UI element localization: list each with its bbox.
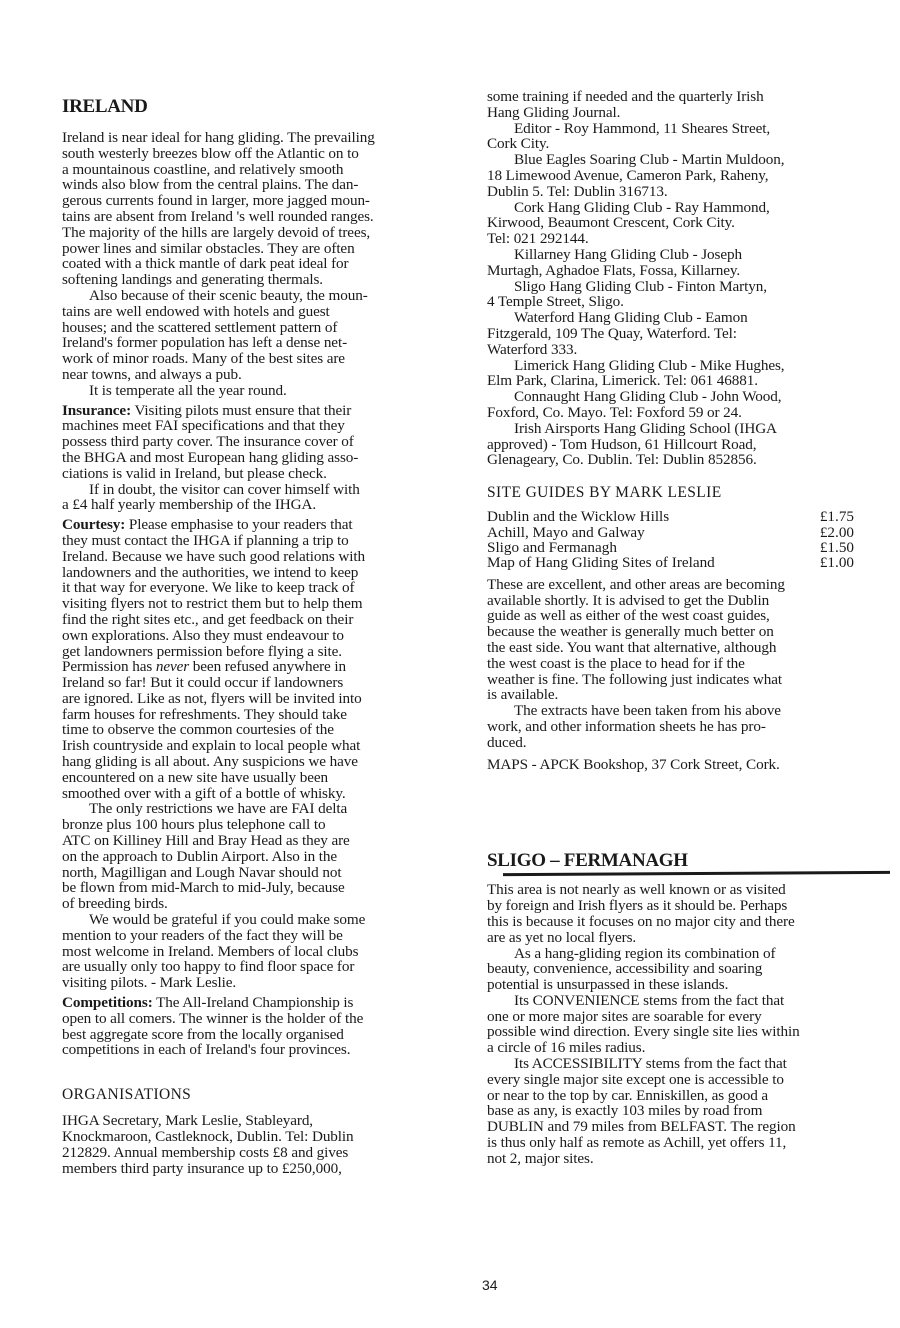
guide-name: Achill, Mayo and Galway [487, 525, 645, 540]
text-line: Connaught Hang Gliding Club - John Wood, [487, 389, 899, 405]
text-line: We would be grateful if you could make s… [62, 912, 467, 928]
club-entry-cork: Cork Hang Gliding Club - Ray Hammond, Ki… [487, 200, 899, 247]
text-line: most welcome in Ireland. Members of loca… [62, 944, 467, 960]
text-line: a £4 half yearly membership of the IHGA. [62, 497, 467, 513]
text-line: Tel: 021 292144. [487, 231, 899, 247]
text-line: time to observe the common courtesies of… [62, 722, 467, 738]
text-line: not 2, major sites. [487, 1151, 899, 1167]
competitions-label: Competitions: [62, 994, 153, 1011]
text-line: open to all comers. The winner is the ho… [62, 1011, 467, 1027]
section-title-site-guides: SITE GUIDES BY MARK LESLIE [487, 484, 899, 502]
club-entry-irish-airsports: Irish Airsports Hang Gliding School (IHG… [487, 421, 899, 468]
text-line: are ignored. Like as not, flyers will be… [62, 691, 467, 707]
page-number: 34 [482, 1277, 498, 1293]
club-list: Editor - Roy Hammond, 11 Sheares Street,… [487, 121, 899, 469]
text-line: These are excellent, and other areas are… [487, 577, 899, 593]
text-line: tains are absent from Ireland 's well ro… [62, 209, 467, 225]
text-line: Cork Hang Gliding Club - Ray Hammond, [487, 200, 899, 216]
text-line: Foxford, Co. Mayo. Tel: Foxford 59 or 24… [487, 405, 899, 421]
text-line: a circle of 16 miles radius. [487, 1040, 899, 1056]
text-line: Limerick Hang Gliding Club - Mike Hughes… [487, 358, 899, 374]
text-line: be flown from mid-March to mid-July, bec… [62, 880, 467, 896]
text-line: available shortly. It is advised to get … [487, 593, 899, 609]
site-guides-price-list: Dublin and the Wicklow Hills£1.75 Achill… [487, 509, 899, 571]
club-entry-killarney: Killarney Hang Gliding Club - Joseph Mur… [487, 247, 899, 279]
text-line: it that way for everyone. We like to kee… [62, 580, 467, 596]
section-title-sligo-fermanagh: SLIGO – FERMANAGH [487, 850, 899, 872]
text-line: smoothed over with a gift of a bottle of… [62, 786, 467, 802]
text-line: softening landings and generating therma… [62, 272, 467, 288]
text-line: of breeding birds. [62, 896, 467, 912]
text-line: one or more major sites are soarable for… [487, 1009, 899, 1025]
guide-name: Map of Hang Gliding Sites of Ireland [487, 555, 715, 570]
text-line: is thus only half as remote as Achill, y… [487, 1135, 899, 1151]
text-line: Ireland's former population has left a d… [62, 335, 467, 351]
insurance-label: Insurance: [62, 402, 131, 419]
text-line: competitions in each of Ireland's four p… [62, 1042, 467, 1058]
club-entry-limerick: Limerick Hang Gliding Club - Mike Hughes… [487, 358, 899, 390]
text-line: near towns, and always a pub. [62, 367, 467, 383]
text-line: the BHGA and most European hang gliding … [62, 450, 467, 466]
text-line: This area is not nearly as well known or… [487, 882, 899, 898]
text-line: members third party insurance up to £250… [62, 1161, 467, 1177]
organisations-continued: some training if needed and the quarterl… [487, 89, 899, 121]
text-line: Irish Airsports Hang Gliding School (IHG… [487, 421, 899, 437]
text-line: are usually only too happy to find floor… [62, 959, 467, 975]
text-line: Hang Gliding Journal. [487, 105, 899, 121]
price-row: Dublin and the Wicklow Hills£1.75 [487, 509, 854, 524]
courtesy-label: Courtesy: [62, 516, 125, 533]
text-line: Visiting pilots must ensure that their [131, 402, 351, 419]
text-line: base as any, is exactly 103 miles by roa… [487, 1103, 899, 1119]
club-entry-waterford: Waterford Hang Gliding Club - Eamon Fitz… [487, 310, 899, 357]
text-line: guide as well as either of the west coas… [487, 608, 899, 624]
text-line: Its ACCESSIBILITY stems from the fact th… [487, 1056, 899, 1072]
text-line: Fitzgerald, 109 The Quay, Waterford. Tel… [487, 326, 899, 342]
text-line: DUBLIN and 79 miles from BELFAST. The re… [487, 1119, 899, 1135]
text-line: the east side. You want that alternative… [487, 640, 899, 656]
text-line: The All-Ireland Championship is [153, 994, 354, 1011]
club-entry-blue-eagles: Blue Eagles Soaring Club - Martin Muldoo… [487, 152, 899, 199]
guide-name: Dublin and the Wicklow Hills [487, 509, 669, 524]
courtesy-paragraph: Courtesy: Please emphasise to your reade… [62, 517, 467, 991]
text-line: work of minor roads. Many of the best si… [62, 351, 467, 367]
text-line: every single major site except one is ac… [487, 1072, 899, 1088]
text-line: Sligo Hang Gliding Club - Finton Martyn, [487, 279, 899, 295]
text-line: the west coast is the place to head for … [487, 656, 899, 672]
text-line: beauty, convenience, accessibility and s… [487, 961, 899, 977]
text-line: work, and other information sheets he ha… [487, 719, 899, 735]
section-title-ireland: IRELAND [62, 96, 467, 118]
text-line: visiting flyers not to restrict them but… [62, 596, 467, 612]
guide-price: £1.00 [820, 555, 854, 570]
text-line: IHGA Secretary, Mark Leslie, Stableyard, [62, 1113, 467, 1129]
text-line: Murtagh, Aghadoe Flats, Fossa, Killarney… [487, 263, 899, 279]
text-line: own explorations. Also they must endeavo… [62, 628, 467, 644]
text-line: Also because of their scenic beauty, the… [62, 288, 467, 304]
text-line: The majority of the hills are largely de… [62, 225, 467, 241]
guide-price: £2.00 [820, 525, 854, 540]
text-line: As a hang-gliding region its combination… [487, 946, 899, 962]
text-line: or near to the top by car. Enniskillen, … [487, 1088, 899, 1104]
guide-price: £1.75 [820, 509, 854, 524]
text-line: 212829. Annual membership costs £8 and g… [62, 1145, 467, 1161]
text-line: north, Magilligan and Lough Navar should… [62, 865, 467, 881]
club-entry-editor: Editor - Roy Hammond, 11 Sheares Street,… [487, 121, 899, 153]
text-line: If in doubt, the visitor can cover himse… [62, 482, 467, 498]
maps-info: MAPS - APCK Bookshop, 37 Cork Street, Co… [487, 757, 899, 773]
text-line: a mountainous coastline, and relatively … [62, 162, 467, 178]
sligo-paragraphs: This area is not nearly as well known or… [487, 882, 899, 1166]
text-line: encountered on a new site have usually b… [62, 770, 467, 786]
text-line: duced. [487, 735, 899, 751]
text-line: get landowners permission before flying … [62, 644, 467, 660]
text-line: Permission has [62, 658, 156, 675]
text-line: by foreign and Irish flyers as it should… [487, 898, 899, 914]
text-line: houses; and the scattered settlement pat… [62, 320, 467, 336]
text-line: Irish countryside and explain to local p… [62, 738, 467, 754]
text-line: approved) - Tom Hudson, 61 Hillcourt Roa… [487, 437, 899, 453]
text-line: tains are well endowed with hotels and g… [62, 304, 467, 320]
text-line: Waterford 333. [487, 342, 899, 358]
text-line: Kirwood, Beaumont Crescent, Cork City. [487, 215, 899, 231]
text-line: are as yet no local flyers. [487, 930, 899, 946]
text-line: ATC on Killiney Hill and Bray Head as th… [62, 833, 467, 849]
text-line: machines meet FAI specifications and tha… [62, 418, 467, 434]
text-line: Editor - Roy Hammond, 11 Sheares Street, [487, 121, 899, 137]
text-line: It is temperate all the year round. [62, 383, 467, 399]
text-line: been refused anywhere in [189, 658, 346, 675]
text-line: potential is unsurpassed in these island… [487, 977, 899, 993]
text-line: possible wind direction. Every single si… [487, 1024, 899, 1040]
text-line: hang gliding is all about. Any suspicion… [62, 754, 467, 770]
text-line: possess third party cover. The insurance… [62, 434, 467, 450]
text-line: Dublin 5. Tel: Dublin 316713. [487, 184, 899, 200]
left-column: IRELAND Ireland is near ideal for hang g… [62, 0, 467, 1176]
text-line: some training if needed and the quarterl… [487, 89, 899, 105]
text-line: The only restrictions we have are FAI de… [62, 801, 467, 817]
text-line: Knockmaroon, Castleknock, Dublin. Tel: D… [62, 1129, 467, 1145]
text-line: Ireland. Because we have such good relat… [62, 549, 467, 565]
text-line: Cork City. [487, 136, 899, 152]
text-line: gerous currents found in larger, more ja… [62, 193, 467, 209]
text-line: 18 Limewood Avenue, Cameron Park, Raheny… [487, 168, 899, 184]
text-line: on the approach to Dublin Airport. Also … [62, 849, 467, 865]
club-entry-connaught: Connaught Hang Gliding Club - John Wood,… [487, 389, 899, 421]
text-line: is available. [487, 687, 899, 703]
guide-name: Sligo and Fermanagh [487, 540, 617, 555]
site-guides-description: These are excellent, and other areas are… [487, 577, 899, 751]
intro-paragraph: Ireland is near ideal for hang gliding. … [62, 130, 467, 288]
text-line: best aggregate score from the locally or… [62, 1027, 467, 1043]
text-line: Ireland is near ideal for hang gliding. … [62, 130, 467, 146]
text-line: Glenageary, Co. Dublin. Tel: Dublin 8528… [487, 452, 899, 468]
text-line: they must contact the IHGA if planning a… [62, 533, 467, 549]
section-title-organisations: ORGANISATIONS [62, 1086, 467, 1104]
insurance-paragraph: Insurance: Visiting pilots must ensure t… [62, 403, 467, 514]
text-line: coated with a thick mantle of dark peat … [62, 256, 467, 272]
scenic-paragraph: Also because of their scenic beauty, the… [62, 288, 467, 399]
text-line: Its CONVENIENCE stems from the fact that [487, 993, 899, 1009]
text-line: winds also blow from the central plains.… [62, 177, 467, 193]
text-line: find the right sites etc., and get feedb… [62, 612, 467, 628]
text-line: Blue Eagles Soaring Club - Martin Muldoo… [487, 152, 899, 168]
text-line: south westerly breezes blow off the Atla… [62, 146, 467, 162]
text-line: because the weather is generally much be… [487, 624, 899, 640]
text-line: mention to your readers of the fact they… [62, 928, 467, 944]
competitions-paragraph: Competitions: The All-Ireland Championsh… [62, 995, 467, 1058]
text-line: Killarney Hang Gliding Club - Joseph [487, 247, 899, 263]
text-line: The extracts have been taken from his ab… [487, 703, 899, 719]
guide-price: £1.50 [820, 540, 854, 555]
organisations-paragraph: IHGA Secretary, Mark Leslie, Stableyard,… [62, 1113, 467, 1176]
text-line: 4 Temple Street, Sligo. [487, 294, 899, 310]
emphasis-never: never [156, 658, 189, 675]
text-line: visiting pilots. - Mark Leslie. [62, 975, 467, 991]
price-row: Sligo and Fermanagh£1.50 [487, 540, 854, 555]
text-line: landowners and the authorities, we inten… [62, 565, 467, 581]
text-line: Ireland so far! But it could occur if la… [62, 675, 467, 691]
text-line: this is because it focuses on no major c… [487, 914, 899, 930]
text-line: Waterford Hang Gliding Club - Eamon [487, 310, 899, 326]
text-line: Elm Park, Clarina, Limerick. Tel: 061 46… [487, 373, 899, 389]
text-line: ciations is valid in Ireland, but please… [62, 466, 467, 482]
price-row: Map of Hang Gliding Sites of Ireland£1.0… [487, 555, 854, 570]
text-line: Please emphasise to your readers that [125, 516, 352, 533]
price-row: Achill, Mayo and Galway£2.00 [487, 525, 854, 540]
text-line: farm houses for refreshments. They shoul… [62, 707, 467, 723]
club-entry-sligo: Sligo Hang Gliding Club - Finton Martyn,… [487, 279, 899, 311]
text-line: power lines and similar obstacles. They … [62, 241, 467, 257]
text-line: weather is fine. The following just indi… [487, 672, 899, 688]
text-line: bronze plus 100 hours plus telephone cal… [62, 817, 467, 833]
right-column: some training if needed and the quarterl… [487, 0, 899, 1167]
